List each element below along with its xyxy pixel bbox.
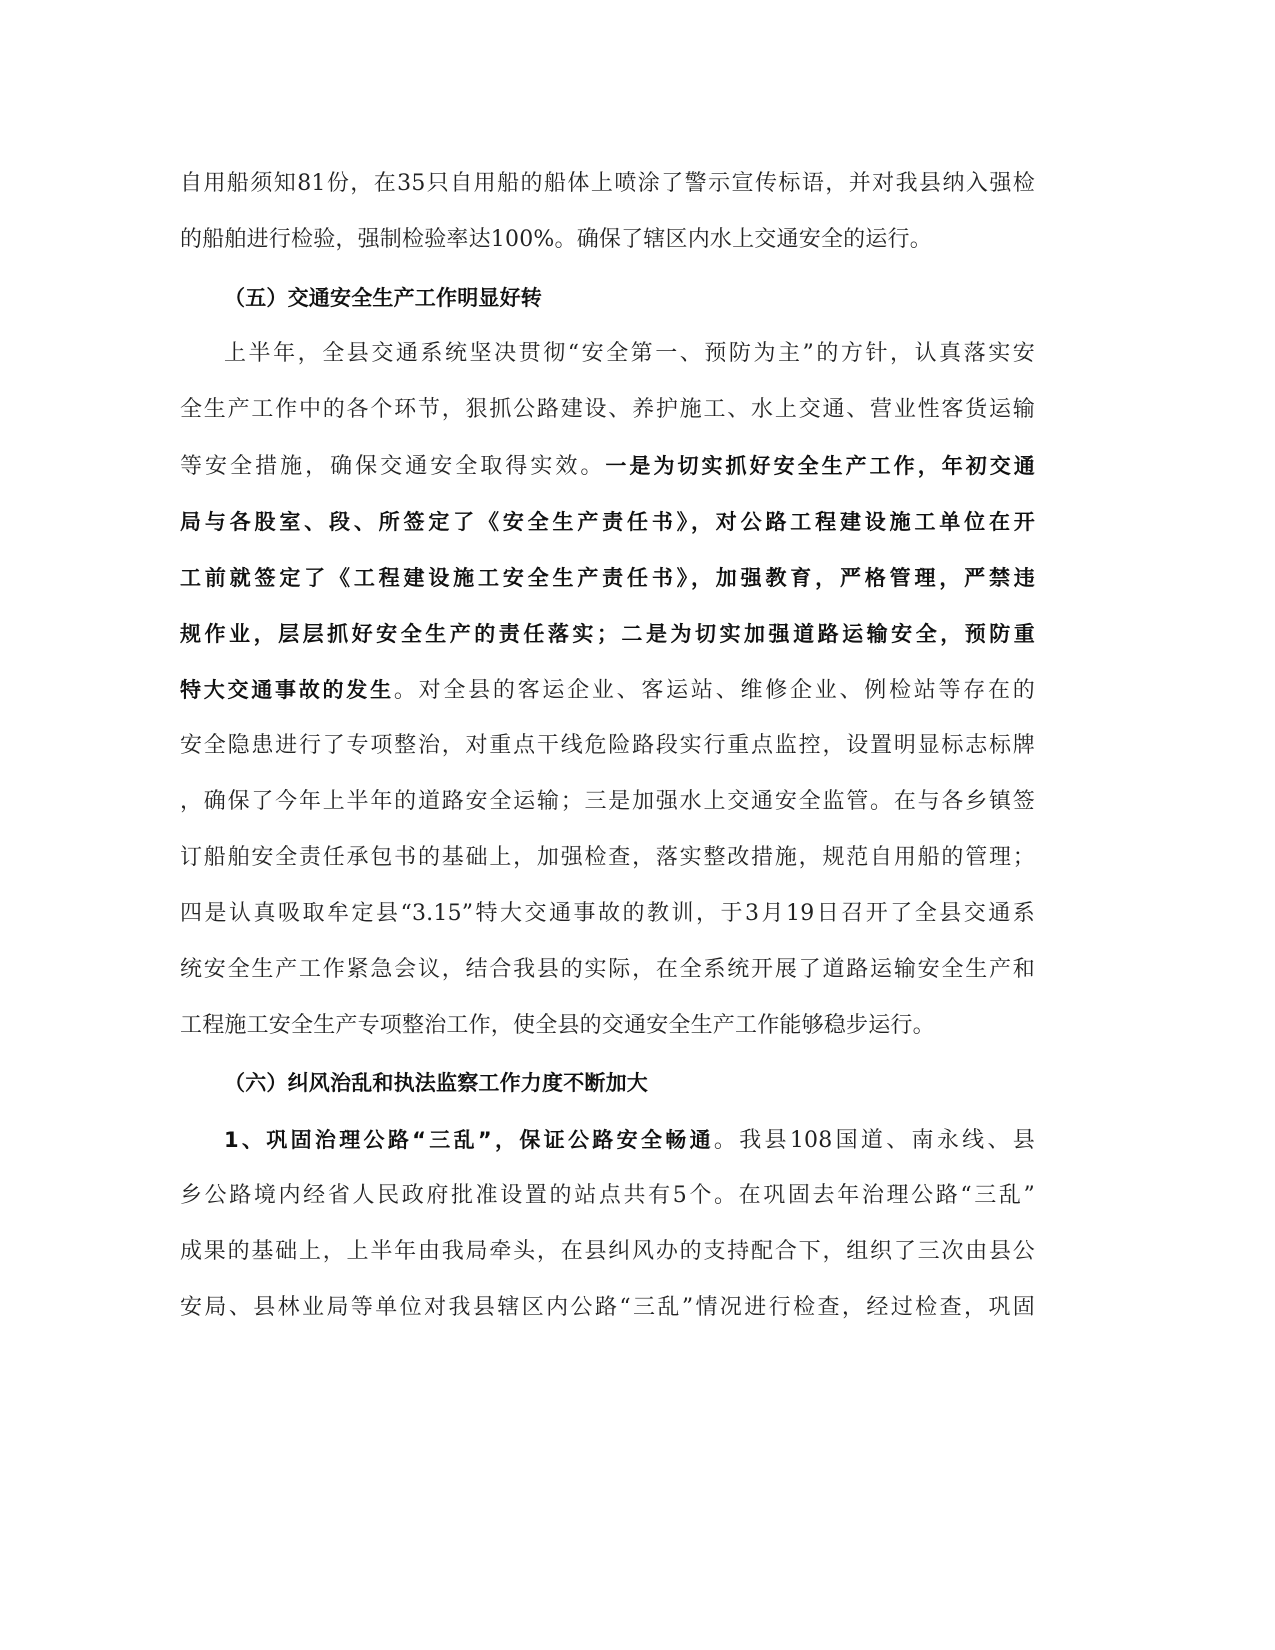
bold-paragraph-line: 规作业，层层抓好安全生产的责任落实；二是为切实加强道路运输安全，预防重	[180, 619, 1035, 649]
body-paragraph-line: 统安全生产工作紧急会议，结合我县的实际，在全系统开展了道路运输安全生产和	[180, 955, 1035, 985]
body-paragraph-line: 订船舶安全责任承包书的基础上，加强检查，落实整改措施，规范自用船的管理；	[180, 843, 1035, 873]
body-paragraph-line: 工程施工安全生产专项整治工作，使全县的交通安全生产工作能够稳步运行。	[180, 1011, 935, 1041]
body-paragraph-line: 特大交通事故的发生。对全县的客运企业、客运站、维修企业、例检站等存在的	[180, 675, 1035, 705]
body-paragraph-line: 1、巩固治理公路“三乱”，保证公路安全畅通。我县108国道、南永线、县	[224, 1125, 1035, 1155]
body-paragraph-line: 等安全措施，确保交通安全取得实效。一是为切实抓好安全生产工作，年初交通	[180, 451, 1035, 481]
body-text: 自用船须知81份，在35只自用船的船体上喷涂了警示宣传标语，并对我县纳入强检	[180, 171, 1035, 196]
body-paragraph-line: 自用船须知81份，在35只自用船的船体上喷涂了警示宣传标语，并对我县纳入强检	[180, 169, 1035, 199]
bold-emphasis-text: 特大交通事故的发生	[180, 678, 394, 702]
body-paragraph-line: 安全隐患进行了专项整治，对重点干线危险路段实行重点监控，设置明显标志标牌	[180, 731, 1035, 761]
body-text: 成果的基础上，上半年由我局牵头，在县纠风办的支持配合下，组织了三次由县公	[180, 1239, 1035, 1264]
body-text: ，确保了今年上半年的道路安全运输；三是加强水上交通安全监管。在与各乡镇签	[180, 789, 1035, 814]
bold-emphasis-text: 局与各股室、段、所签定了《安全生产责任书》，对公路工程建设施工单位在开	[180, 510, 1035, 534]
body-text: 订船舶安全责任承包书的基础上，加强检查，落实整改措施，规范自用船的管理；	[180, 845, 1035, 870]
body-paragraph-line: 全生产工作中的各个环节，狠抓公路建设、养护施工、水上交通、营业性客货运输	[180, 395, 1035, 425]
body-paragraph-line: 安局、县林业局等单位对我县辖区内公路“三乱”情况进行检查，经过检查，巩固	[180, 1293, 1035, 1323]
body-text: 等安全措施，确保交通安全取得实效。	[180, 454, 605, 479]
body-paragraph-line: 成果的基础上，上半年由我局牵头，在县纠风办的支持配合下，组织了三次由县公	[180, 1237, 1035, 1267]
body-text: 安局、县林业局等单位对我县辖区内公路“三乱”情况进行检查，经过检查，巩固	[180, 1295, 1035, 1320]
body-paragraph-line: 的船舶进行检验，强制检验率达100%。确保了辖区内水上交通安全的运行。	[180, 225, 932, 255]
body-paragraph-line: 乡公路境内经省人民政府批准设置的站点共有5个。在巩固去年治理公路“三乱”	[180, 1181, 1035, 1211]
body-text: 的船舶进行检验，强制检验率达100%。确保了辖区内水上交通安全的运行。	[180, 227, 932, 252]
body-text: 。我县108国道、南永线、县	[714, 1128, 1035, 1153]
bold-emphasis-text: 规作业，层层抓好安全生产的责任落实；二是为切实加强道路运输安全，预防重	[180, 622, 1035, 646]
body-text: 四是认真吸取牟定县“3.15”特大交通事故的教训，于3月19日召开了全县交通系	[180, 901, 1035, 926]
body-text: 全生产工作中的各个环节，狠抓公路建设、养护施工、水上交通、营业性客货运输	[180, 397, 1035, 422]
bold-paragraph-line: 工前就签定了《工程建设施工安全生产责任书》，加强教育，严格管理，严禁违	[180, 563, 1035, 593]
body-text: 统安全生产工作紧急会议，结合我县的实际，在全系统开展了道路运输安全生产和	[180, 957, 1035, 982]
bold-emphasis-text: 一是为切实抓好安全生产工作，年初交通	[605, 454, 1035, 478]
subsection-title: 1、巩固治理公路“三乱”，保证公路安全畅通	[224, 1128, 714, 1152]
bold-emphasis-text: 工前就签定了《工程建设施工安全生产责任书》，加强教育，严格管理，严禁违	[180, 566, 1035, 590]
body-text: 上半年，全县交通系统坚决贯彻“安全第一、预防为主”的方针，认真落实安	[224, 341, 1035, 366]
body-text: 乡公路境内经省人民政府批准设置的站点共有5个。在巩固去年治理公路“三乱”	[180, 1183, 1035, 1208]
section-heading-6: （六）纠风治乱和执法监察工作力度不断加大	[224, 1068, 648, 1098]
body-text: 。对全县的客运企业、客运站、维修企业、例检站等存在的	[394, 678, 1035, 703]
body-text: 安全隐患进行了专项整治，对重点干线危险路段实行重点监控，设置明显标志标牌	[180, 733, 1035, 758]
body-text: 工程施工安全生产专项整治工作，使全县的交通安全生产工作能够稳步运行。	[180, 1013, 935, 1038]
bold-paragraph-line: 局与各股室、段、所签定了《安全生产责任书》，对公路工程建设施工单位在开	[180, 507, 1035, 537]
body-paragraph-line: ，确保了今年上半年的道路安全运输；三是加强水上交通安全监管。在与各乡镇签	[180, 787, 1035, 817]
body-paragraph-line: 四是认真吸取牟定县“3.15”特大交通事故的教训，于3月19日召开了全县交通系	[180, 899, 1035, 929]
section-heading-5: （五）交通安全生产工作明显好转	[224, 283, 542, 313]
body-paragraph-line: 上半年，全县交通系统坚决贯彻“安全第一、预防为主”的方针，认真落实安	[224, 339, 1035, 369]
